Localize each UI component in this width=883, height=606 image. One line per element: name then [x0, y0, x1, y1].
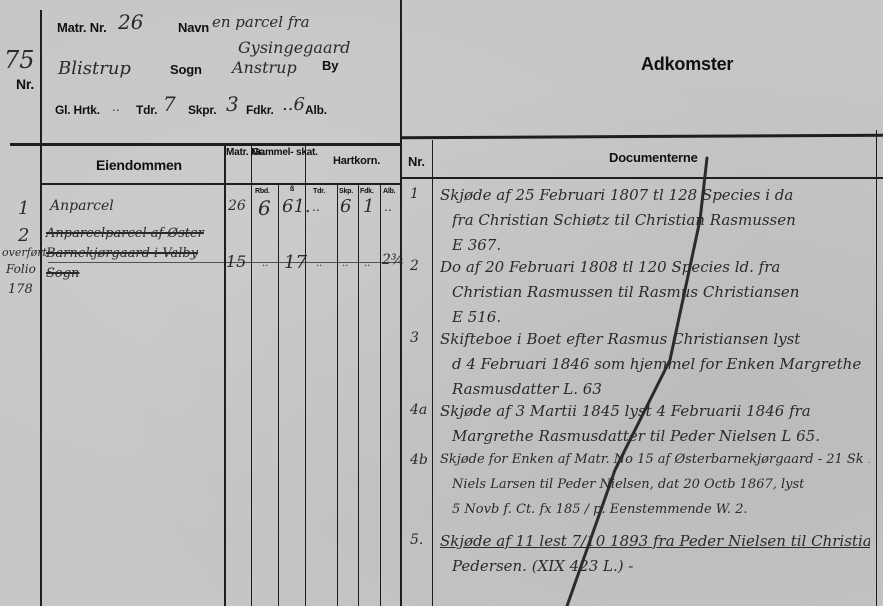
navn-label: Navn	[178, 20, 209, 35]
row1-fdk: 1	[363, 196, 374, 217]
by-value: Anstrup	[232, 58, 297, 77]
entry-line: Do af 20 Februari 1808 tl 120 Species ld…	[440, 258, 780, 276]
entry-nr: 1	[410, 186, 419, 202]
entry-line: Margrethe Rasmusdatter til Peder Nielsen…	[452, 427, 820, 445]
entry-line: Pedersen. (XIX 423 L.) -	[452, 557, 633, 575]
left-margin-rule	[40, 10, 42, 606]
skpr-value: 3	[226, 92, 239, 116]
entry-line: Skifteboe i Boet efter Rasmus Christians…	[440, 330, 800, 348]
folio-number: 75	[4, 46, 35, 74]
header-matr-nr: Matr. Nr.	[226, 147, 251, 159]
margin-note-5: 178	[8, 282, 33, 297]
subheader-rbd: Rbd.	[255, 188, 270, 195]
row1-eiendommen: Anparcel	[50, 198, 114, 214]
entry-line: Skjøde af 11 lest 7/10 1893 fra Peder Ni…	[440, 532, 870, 550]
entry-line: Skjøde for Enken af Matr. No 15 af Øster…	[440, 452, 870, 467]
header-eiendommen: Eiendommen	[96, 157, 182, 173]
header-gammelskat: Gammel- skat.	[252, 147, 305, 159]
header-documenterne: Documenterne	[609, 150, 698, 165]
row2-eiendommen-text: Anparcelparcel af Øster Barnekjørgaard i…	[46, 226, 204, 281]
gl-hrtk-value: ..	[112, 100, 120, 114]
matr-nr-label: Matr. Nr.	[57, 20, 107, 35]
tdr-label: Tdr.	[136, 103, 157, 117]
folio-label: Nr.	[16, 76, 34, 92]
column-header-rule-right	[400, 177, 883, 179]
row1-matr: 26	[228, 198, 246, 214]
gl-hrtk-label: Gl. Hrtk.	[55, 103, 100, 117]
entry-line: 5 Novb f. Ct. fx 185 / p. Eenstemmende W…	[452, 502, 748, 517]
row2-tdr: ..	[316, 258, 322, 269]
col-rule-skp	[337, 185, 338, 606]
margin-note-3: overført	[2, 246, 47, 259]
header-rule-left	[10, 143, 402, 146]
cancellation-stroke	[0, 0, 883, 606]
entry-line: Rasmusdatter L. 63	[452, 380, 602, 398]
subheader-alb: Alb.	[383, 188, 395, 195]
col-rule-matr	[224, 145, 226, 606]
subheader-tdr: Tdr.	[313, 188, 325, 195]
col-rule-fdk	[358, 185, 359, 606]
row1-sk: 61.	[282, 196, 311, 217]
entry-line: Niels Larsen til Peder Nielsen, dat 20 O…	[452, 477, 804, 492]
entry-line: fra Christian Schiøtz til Christian Rasm…	[452, 211, 796, 229]
entry-nr: 4b	[410, 452, 428, 468]
entry-nr: 3	[410, 330, 419, 346]
navn-value-line2: Gysingegaard	[238, 38, 350, 57]
row1-skp: 6	[340, 196, 351, 217]
entry-line: Christian Rasmussen til Rasmus Christian…	[452, 283, 799, 301]
entry-line: d 4 Februari 1846 som hjemmel for Enken …	[452, 355, 861, 373]
entry-nr: 2	[410, 258, 419, 274]
row2-alb: 2¾	[382, 252, 404, 268]
subheader-sk: ß	[290, 186, 294, 193]
entry-line: Skjøde af 3 Martii 1845 lyst 4 Februarii…	[440, 402, 811, 420]
entry-nr: 4a	[410, 402, 427, 418]
entry-line: E 367.	[452, 236, 501, 254]
row2-rbd: ..	[262, 258, 268, 269]
sogn-label: Sogn	[170, 62, 202, 77]
entry-line: Skjøde af 25 Februari 1807 tl 128 Specie…	[440, 186, 793, 204]
by-label: By	[322, 58, 338, 73]
center-divider	[400, 0, 402, 606]
fdkr-value: ..6	[282, 94, 305, 115]
row1-alb: ..	[384, 200, 392, 214]
header-rule-right	[400, 134, 883, 140]
subheader-fdk: Fdk.	[360, 188, 374, 195]
header-hartkorn: Hartkorn.	[333, 155, 380, 167]
row1-rbd: 6	[258, 196, 271, 220]
fdkr-label: Fdkr.	[246, 103, 274, 117]
margin-note-2: 2	[18, 225, 29, 246]
tdr-value: 7	[163, 92, 176, 116]
ledger-page: 75 Nr. Matr. Nr. 26 Navn en parcel fra G…	[0, 0, 883, 606]
entry-nr: 5.	[410, 532, 423, 548]
navn-value-line1: en parcel fra	[212, 13, 310, 31]
col-rule-sk	[278, 185, 279, 606]
column-header-rule-left	[40, 183, 402, 185]
sogn-value: Blistrup	[58, 58, 131, 79]
header-gammelskat-text: Gammel- skat.	[252, 147, 318, 158]
page-title: Adkomster	[641, 54, 733, 75]
margin-note-4: Folio	[6, 262, 36, 276]
skpr-label: Skpr.	[188, 103, 216, 117]
right-edge-rule	[876, 130, 877, 606]
row2-skp: ..	[342, 258, 348, 269]
row1-tdr: ..	[312, 200, 320, 214]
header-nr: Nr.	[408, 154, 425, 169]
row2-eiendommen: Anparcelparcel af Øster Barnekjørgaard i…	[46, 224, 226, 284]
margin-note-1: 1	[18, 198, 29, 219]
subheader-skp: Skp.	[339, 188, 353, 195]
matr-nr-value: 26	[118, 10, 143, 34]
col-rule-gammel	[251, 145, 252, 606]
row2-fdk: ..	[364, 258, 370, 269]
row2-strike-line	[48, 262, 402, 263]
col-rule-nr	[432, 140, 433, 606]
col-rule-alb	[380, 185, 381, 606]
alb-label: Alb.	[305, 103, 327, 117]
entry-line: E 516.	[452, 308, 501, 326]
